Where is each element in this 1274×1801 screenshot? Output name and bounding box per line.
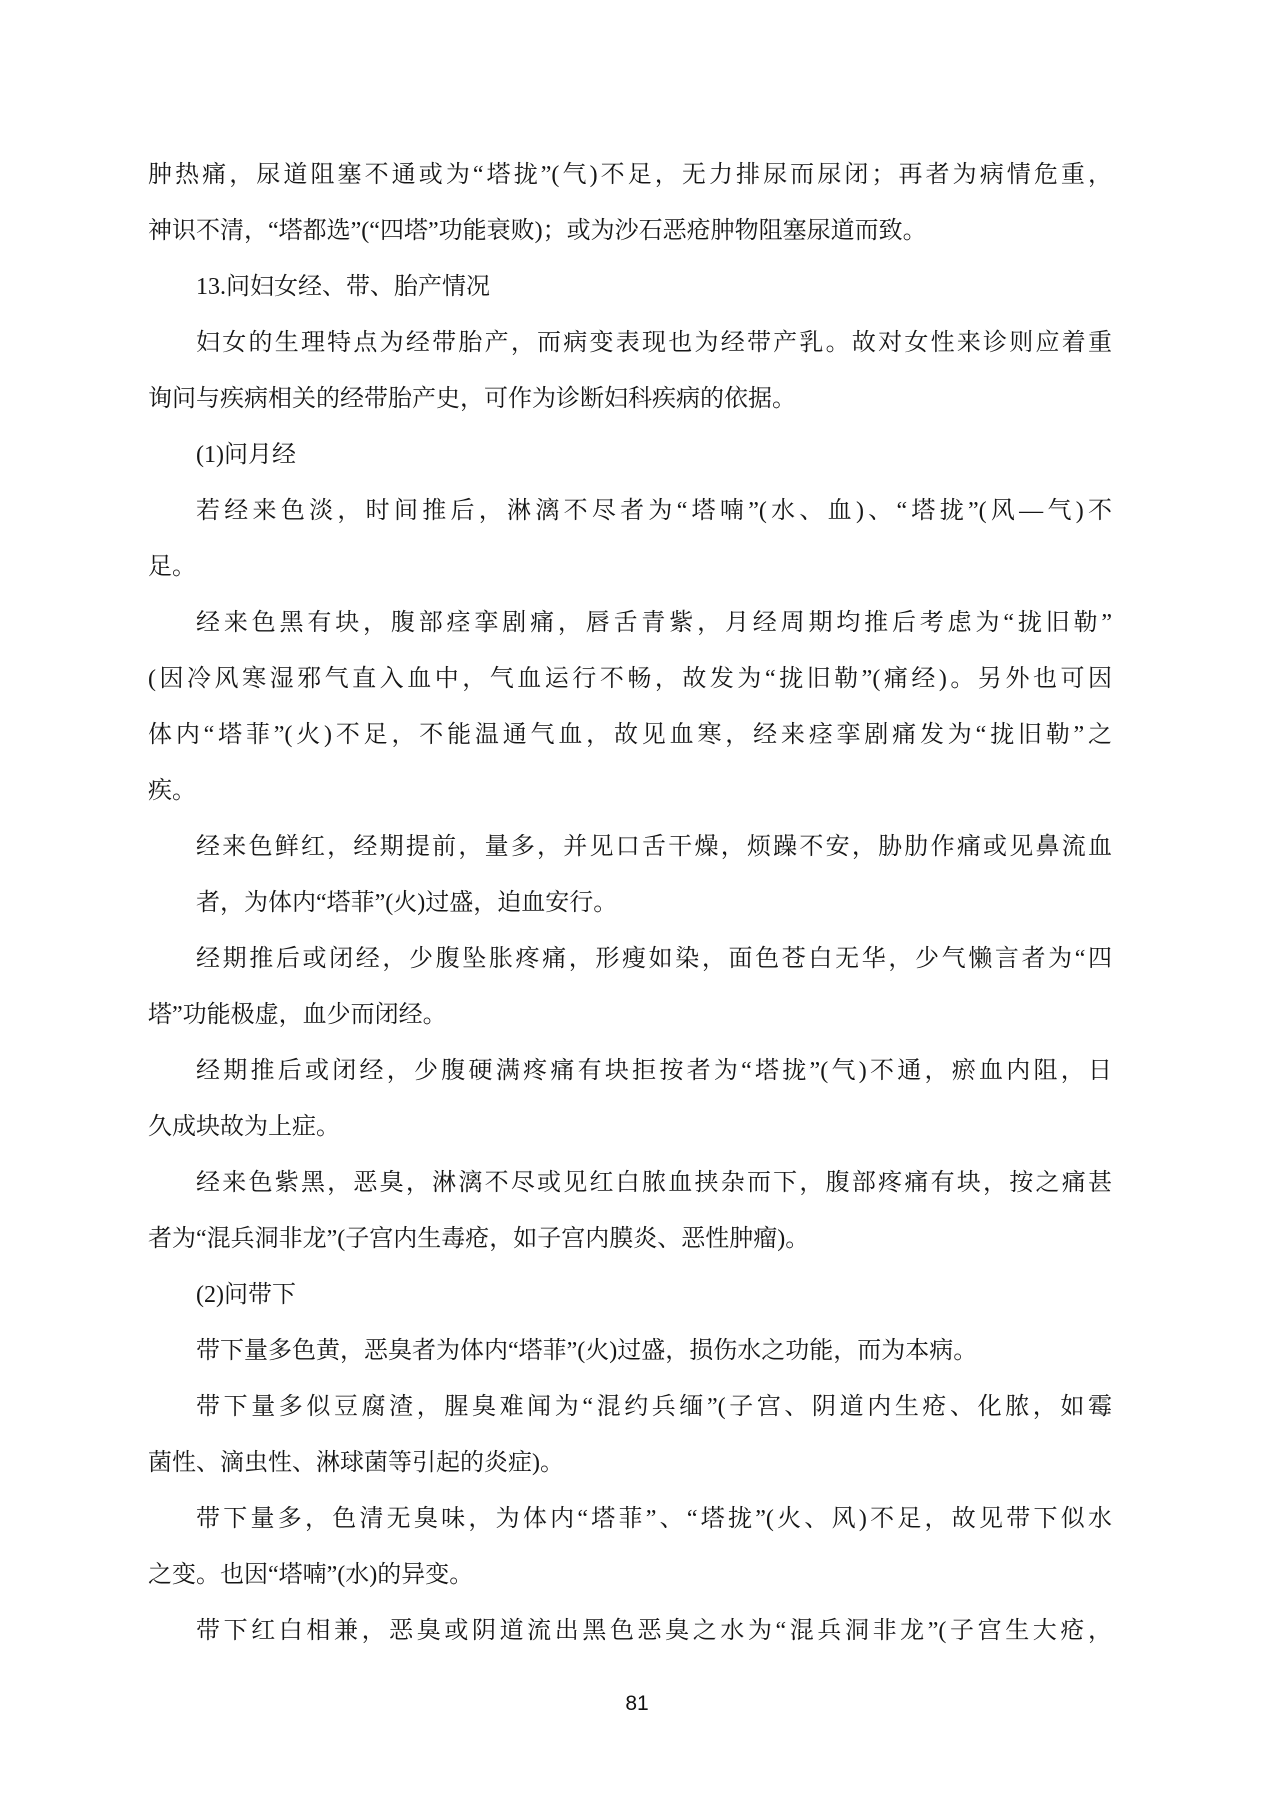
text-line: (因冷风寒湿邪气直入血中，气血运行不畅，故发为“拢旧勒”(痛经)。另外也可因 bbox=[148, 651, 1112, 707]
document-text-block: 肿热痛，尿道阻塞不通或为“塔拢”(气)不足，无力排尿而尿闭；再者为病情危重，神识… bbox=[148, 147, 1112, 1659]
section-heading-line: (1)问月经 bbox=[148, 427, 1112, 483]
text-line: 带下量多似豆腐渣，腥臭难闻为“混约兵缅”(子宫、阴道内生疮、化脓，如霉 bbox=[148, 1379, 1112, 1435]
text-line: 带下红白相兼，恶臭或阴道流出黑色恶臭之水为“混兵洞非龙”(子宫生大疮， bbox=[148, 1603, 1112, 1659]
section-heading-line: (2)问带下 bbox=[148, 1267, 1112, 1323]
text-line: 塔”功能极虚，血少而闭经。 bbox=[148, 987, 1112, 1043]
text-line: 之变。也因“塔喃”(水)的异变。 bbox=[148, 1547, 1112, 1603]
text-line: 经期推后或闭经，少腹坠胀疼痛，形瘦如染，面色苍白无华，少气懒言者为“四 bbox=[148, 931, 1112, 987]
text-line: 经期推后或闭经，少腹硬满疼痛有块拒按者为“塔拢”(气)不通，瘀血内阻，日 bbox=[148, 1043, 1112, 1099]
text-line: 者为“混兵洞非龙”(子宫内生毒疮，如子宫内膜炎、恶性肿瘤)。 bbox=[148, 1211, 1112, 1267]
text-line: 若经来色淡，时间推后，淋漓不尽者为“塔喃”(水、血)、“塔拢”(风—气)不 bbox=[148, 483, 1112, 539]
text-line: 久成块故为上症。 bbox=[148, 1099, 1112, 1155]
text-line: 肿热痛，尿道阻塞不通或为“塔拢”(气)不足，无力排尿而尿闭；再者为病情危重， bbox=[148, 147, 1112, 203]
text-line: 经来色鲜红，经期提前，量多，并见口舌干燥，烦躁不安，胁肋作痛或见鼻流血 bbox=[148, 819, 1112, 875]
page-number: 81 bbox=[0, 1692, 1274, 1716]
text-line: 经来色黑有块，腹部痉挛剧痛，唇舌青紫，月经周期均推后考虑为“拢旧勒” bbox=[148, 595, 1112, 651]
document-page: 肿热痛，尿道阻塞不通或为“塔拢”(气)不足，无力排尿而尿闭；再者为病情危重，神识… bbox=[0, 0, 1274, 1801]
text-line: 者，为体内“塔菲”(火)过盛，迫血安行。 bbox=[148, 875, 1112, 931]
text-line: 疾。 bbox=[148, 763, 1112, 819]
text-line: 妇女的生理特点为经带胎产，而病变表现也为经带产乳。故对女性来诊则应着重 bbox=[148, 315, 1112, 371]
text-line: 神识不清，“塔都选”(“四塔”功能衰败)；或为沙石恶疮肿物阻塞尿道而致。 bbox=[148, 203, 1112, 259]
text-line: 菌性、滴虫性、淋球菌等引起的炎症)。 bbox=[148, 1435, 1112, 1491]
text-line: 带下量多，色清无臭味，为体内“塔菲”、“塔拢”(火、风)不足，故见带下似水 bbox=[148, 1491, 1112, 1547]
text-line: 体内“塔菲”(火)不足，不能温通气血，故见血寒，经来痉挛剧痛发为“拢旧勒”之 bbox=[148, 707, 1112, 763]
section-heading-line: 13.问妇女经、带、胎产情况 bbox=[148, 259, 1112, 315]
text-line: 经来色紫黑，恶臭，淋漓不尽或见红白脓血挟杂而下，腹部疼痛有块，按之痛甚 bbox=[148, 1155, 1112, 1211]
text-line: 足。 bbox=[148, 539, 1112, 595]
text-line: 带下量多色黄，恶臭者为体内“塔菲”(火)过盛，损伤水之功能，而为本病。 bbox=[148, 1323, 1112, 1379]
text-line: 询问与疾病相关的经带胎产史，可作为诊断妇科疾病的依据。 bbox=[148, 371, 1112, 427]
